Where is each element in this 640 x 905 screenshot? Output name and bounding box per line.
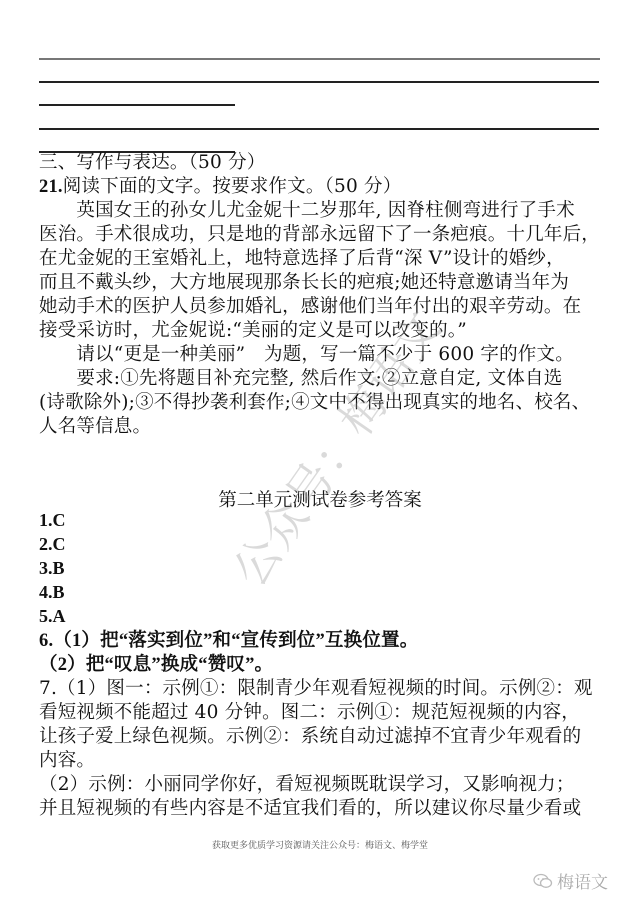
passage-line: 英国女王的孙女儿尤金妮十二岁那年, 因脊柱侧弯进行了手术: [39, 199, 575, 223]
answer-blank-line: [39, 81, 599, 83]
document-page: 三、写作与表达。（50 分） 21.阅读下面的文字。按要求作文。（50 分） 英…: [0, 0, 640, 905]
answer-item: 5.A: [39, 606, 66, 627]
passage-line: 而且不戴头纱，大方地展现那条长长的疤痕;她还特意邀请当年为: [39, 271, 569, 295]
wechat-icon: [533, 873, 553, 889]
answer-q6-2: （2）把“叹息”换成“赞叹”。: [39, 653, 273, 677]
answer-blank-line: [39, 104, 235, 106]
section-heading: 三、写作与表达。（50 分）: [39, 151, 265, 175]
answer-q7-1-line: 看短视频不能超过 40 分钟。图二：示例①：规范短视频的内容，: [39, 701, 580, 725]
answer-q6-1: 6.（1）把“落实到位”和“宣传到位”互换位置。: [39, 629, 418, 653]
question-prompt: 阅读下面的文字。按要求作文。（50 分）: [63, 176, 402, 197]
footer-note: 获取更多优质学习资源请关注公众号：梅语文、梅学堂: [0, 838, 640, 851]
passage-line: 在尤金妮的王室婚礼上，地特意选择了后背“深 V”设计的婚纱，: [39, 247, 565, 271]
answer-blank-line: [39, 128, 599, 130]
requirement-line: (诗歌除外);③不得抄袭利套作;④文中不得出现真实的地名、校名、: [39, 391, 590, 415]
essay-task: 请以“更是一种美丽” 为题，写一篇不少于 600 字的作文。: [39, 343, 574, 367]
answer-q7-1-line: 让孩子爱上绿色视频。示例②：系统自动过滤掉不宜青少年观看的: [39, 725, 581, 749]
answer-q7-2-line: （2）示例：小丽同学你好，看短视频既耽误学习，又影响视力；: [39, 773, 575, 797]
answer-q7-1-line: 7.（1）图一：示例①：限制青少年观看短视频的时间。示例②：观: [39, 677, 593, 701]
passage-line: 她动手术的医护人员参加婚礼，感谢他们当年付出的艰辛劳动。在: [39, 295, 581, 319]
passage-line: 医治。手术很成功，只是地的背部永远留下了一条疤痕。十几年后，: [39, 223, 600, 247]
requirement-line: 要求:①先将题目补充完整, 然后作文;②立意自定, 文体自选: [39, 367, 562, 391]
brand-name: 梅语文: [557, 868, 608, 893]
answer-item: 1.C: [39, 510, 66, 531]
answer-q7-2-line: 并且短视频的有些内容是不适宜我们看的，所以建议你尽量少看或: [39, 797, 581, 821]
brand-mark: 梅语文: [533, 868, 608, 893]
answer-item: 2.C: [39, 534, 66, 555]
answer-item: 3.B: [39, 558, 65, 579]
question-21: 21.阅读下面的文字。按要求作文。（50 分）: [39, 175, 401, 199]
answer-item: 4.B: [39, 582, 65, 603]
requirement-line: 人名等信息。: [39, 415, 151, 439]
answer-q7-1-line: 内容。: [39, 749, 95, 773]
answer-blank-line: [39, 58, 600, 60]
question-number: 21.: [39, 177, 63, 197]
